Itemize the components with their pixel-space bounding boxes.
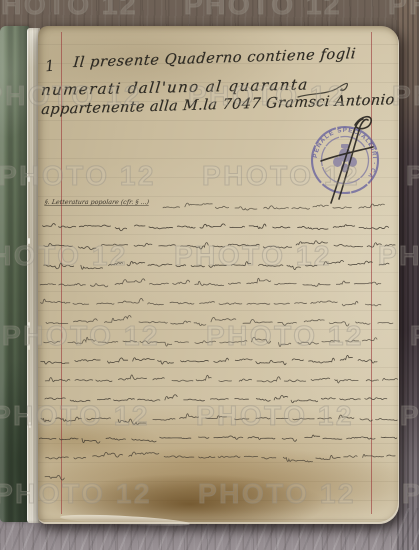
page-number: 1: [44, 57, 55, 76]
binding-stitches: [28, 238, 30, 244]
notebook-cover: [0, 26, 29, 522]
wood-plank-right: [397, 0, 419, 550]
photo-root: 1 Il presente Quaderno contiene fogli nu…: [0, 0, 419, 550]
body-first-words: §. Letteratura popolare (cfr. § ...): [44, 199, 149, 206]
ink-scribble: [313, 111, 379, 211]
pen-flourish: [296, 78, 354, 102]
